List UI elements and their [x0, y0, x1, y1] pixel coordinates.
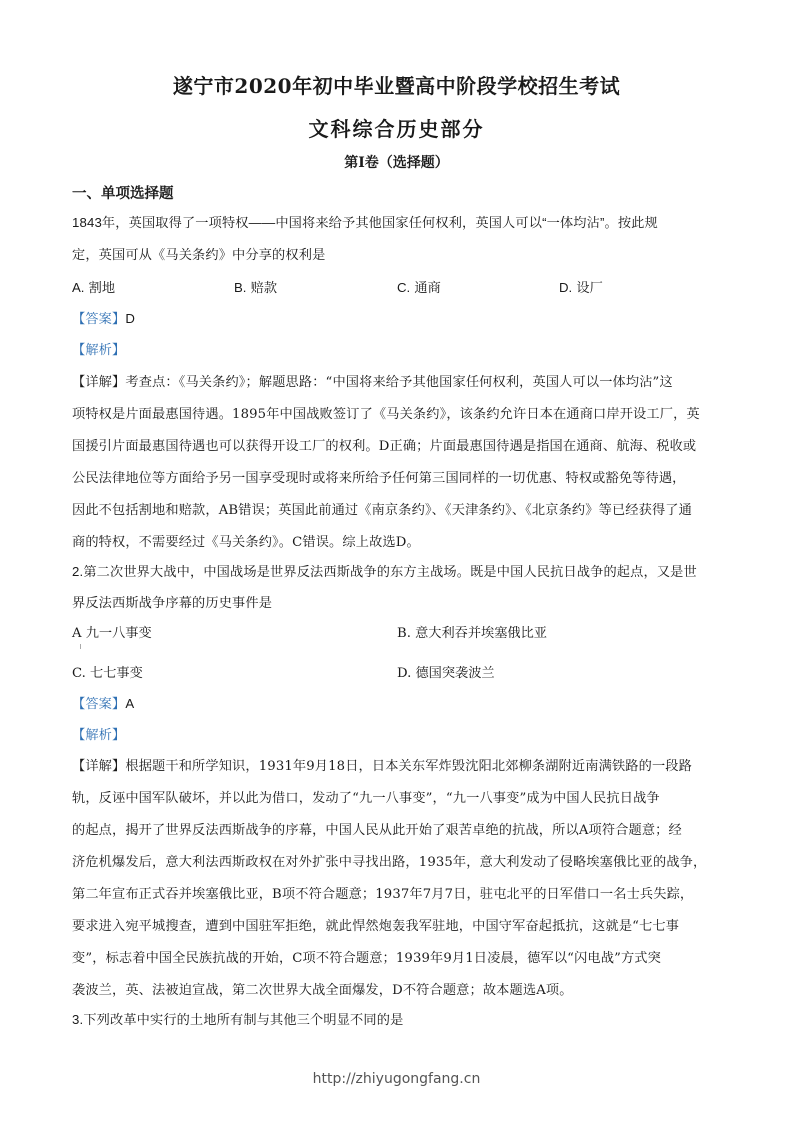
question-1-detail-line-3: 国援引片面最惠国待遇也可以获得开设工厂的权利。D正确；片面最惠国待遇是指国在通商… [72, 435, 722, 454]
question-2-option-d: D. 德国突袭波兰 [397, 662, 495, 681]
detail-text: 考查点：《马关条约》；解题思路：“中国将来给予其他国家任何权利，英国人可以一体均… [125, 375, 672, 390]
option-key: A [72, 626, 82, 641]
question-2-detail-line-7: 变”，标志着中国全民族抗战的开始，C项不符合题意；1939年9月1日凌晨，德军以… [72, 947, 722, 966]
section-heading: 一、单项选择题 [72, 182, 174, 203]
option-text: 赔款 [251, 281, 277, 296]
detail-label: 【详解】 [72, 759, 125, 774]
option-text: 通商 [414, 281, 440, 296]
question-3-stem-line-1: 3.下列改革中实行的土地所有制与其他三个明显不同的是 [72, 1009, 722, 1028]
exam-subtitle: 文科综合历史部分 [0, 113, 793, 142]
question-2-detail-line-3: 的起点，揭开了世界反法西斯战争的序幕，中国人民从此开始了艰苦卓绝的抗战，所以A项… [72, 819, 722, 838]
question-3-number: 3. [72, 1012, 83, 1027]
question-1-detail-line-2: 项特权是片面最惠国待遇。1895年中国战败签订了《马关条约》，该条约允许日本在通… [72, 403, 722, 422]
option-key: D. [559, 280, 572, 295]
answer-value: A [125, 696, 134, 711]
option-text: 九一八事变 [86, 626, 152, 641]
question-1-detail-line-4: 公民法律地位等方面给予另一国享受现时或将来所给予任何第三国同样的一切优惠、特权或… [72, 467, 722, 486]
question-3-stem-text: 下列改革中实行的土地所有制与其他三个明显不同的是 [83, 1013, 403, 1028]
question-2-option-c: C. 七七事变 [72, 662, 143, 681]
answer-label: 【答案】 [72, 697, 125, 712]
question-2-detail-line-4: 济危机爆发后，意大利法西斯政权在对外扩张中寻找出路，1935年，意大利发动了侵略… [72, 851, 722, 870]
question-2-detail-line-5: 第二年宣布正式吞并埃塞俄比亚，B项不符合题意；1937年7月7日，驻屯北平的日军… [72, 883, 722, 902]
stray-mark [80, 644, 81, 649]
analysis-label: 【解析】 [72, 728, 125, 743]
option-key: B. [234, 280, 246, 295]
option-text: 七七事变 [90, 666, 143, 681]
question-2-option-b: B. 意大利吞并埃塞俄比亚 [397, 622, 547, 641]
question-1-detail-line-5: 因此不包括割地和赔款，AB错误；英国此前通过《南京条约》、《天津条约》、《北京条… [72, 499, 722, 518]
question-2-stem-line-1: 2.第二次世界大战中，中国战场是世界反法西斯战争的东方主战场。既是中国人民抗日战… [72, 561, 722, 580]
option-key: D. [397, 666, 411, 681]
question-1-option-c: C. 通商 [397, 277, 441, 296]
question-2-option-a: A 九一八事变 [72, 622, 152, 641]
option-key: C. [72, 666, 86, 681]
question-1-stem-text: 1843年，英国取得了一项特权——中国将来给予其他国家任何权利，英国人可以“一体… [72, 215, 658, 230]
question-2-detail-line-8: 袭波兰，英、法被迫宣战，第二次世界大战全面爆发，D不符合题意；故本题选A项。 [72, 979, 722, 998]
question-2-detail-line-6: 要求进入宛平城搜查，遭到中国驻军拒绝，就此悍然炮轰我军驻地，中国守军奋起抵抗，这… [72, 915, 722, 934]
option-key: C. [397, 280, 410, 295]
option-text: 意大利吞并埃塞俄比亚 [415, 626, 547, 641]
question-2-analysis: 【解析】 [72, 724, 722, 743]
answer-label: 【答案】 [72, 312, 125, 327]
question-1-detail-line-6: 商的特权，不需要经过《马关条约》。C错误。综上故选D。 [72, 531, 722, 550]
question-1-option-d: D. 设厂 [559, 277, 603, 296]
option-text: 设厂 [576, 281, 602, 296]
exam-title: 遂宁市2020年初中毕业暨高中阶段学校招生考试 [0, 70, 793, 99]
option-key: B. [397, 626, 411, 641]
volume-heading: 第Ⅰ卷（选择题） [0, 152, 793, 172]
question-1-stem-line-1: 1843年，英国取得了一项特权——中国将来给予其他国家任何权利，英国人可以“一体… [72, 212, 722, 231]
detail-label: 【详解】 [72, 375, 125, 390]
footer-url: http://zhiyugongfang.cn [0, 1071, 793, 1087]
detail-text: 根据题干和所学知识，1931年9月18日，日本关东军炸毁沈阳北郊柳条湖附近南满铁… [125, 759, 692, 774]
option-text: 割地 [89, 281, 115, 296]
answer-value: D [125, 311, 135, 326]
question-1-option-a: A. 割地 [72, 277, 115, 296]
question-1-answer: 【答案】D [72, 308, 722, 327]
question-2-answer: 【答案】A [72, 693, 722, 712]
question-2-number: 2. [72, 564, 83, 579]
analysis-label: 【解析】 [72, 343, 125, 358]
question-2-detail-line-2: 轨，反诬中国军队破坏，并以此为借口，发动了“九一八事变”，“九一八事变”成为中国… [72, 787, 722, 806]
option-text: 德国突袭波兰 [416, 666, 495, 681]
question-1-option-b: B. 赔款 [234, 277, 277, 296]
question-2-stem-line-2: 界反法西斯战争序幕的历史事件是 [72, 592, 722, 611]
question-1-analysis: 【解析】 [72, 339, 722, 358]
question-1-detail-line-1: 【详解】考查点：《马关条约》；解题思路：“中国将来给予其他国家任何权利，英国人可… [72, 371, 722, 390]
option-key: A. [72, 280, 84, 295]
question-1-stem-line-2: 定，英国可从《马关条约》中分享的权利是 [72, 244, 722, 263]
question-2-detail-line-1: 【详解】根据题干和所学知识，1931年9月18日，日本关东军炸毁沈阳北郊柳条湖附… [72, 755, 722, 774]
question-2-stem-text: 第二次世界大战中，中国战场是世界反法西斯战争的东方主战场。既是中国人民抗日战争的… [83, 565, 697, 580]
